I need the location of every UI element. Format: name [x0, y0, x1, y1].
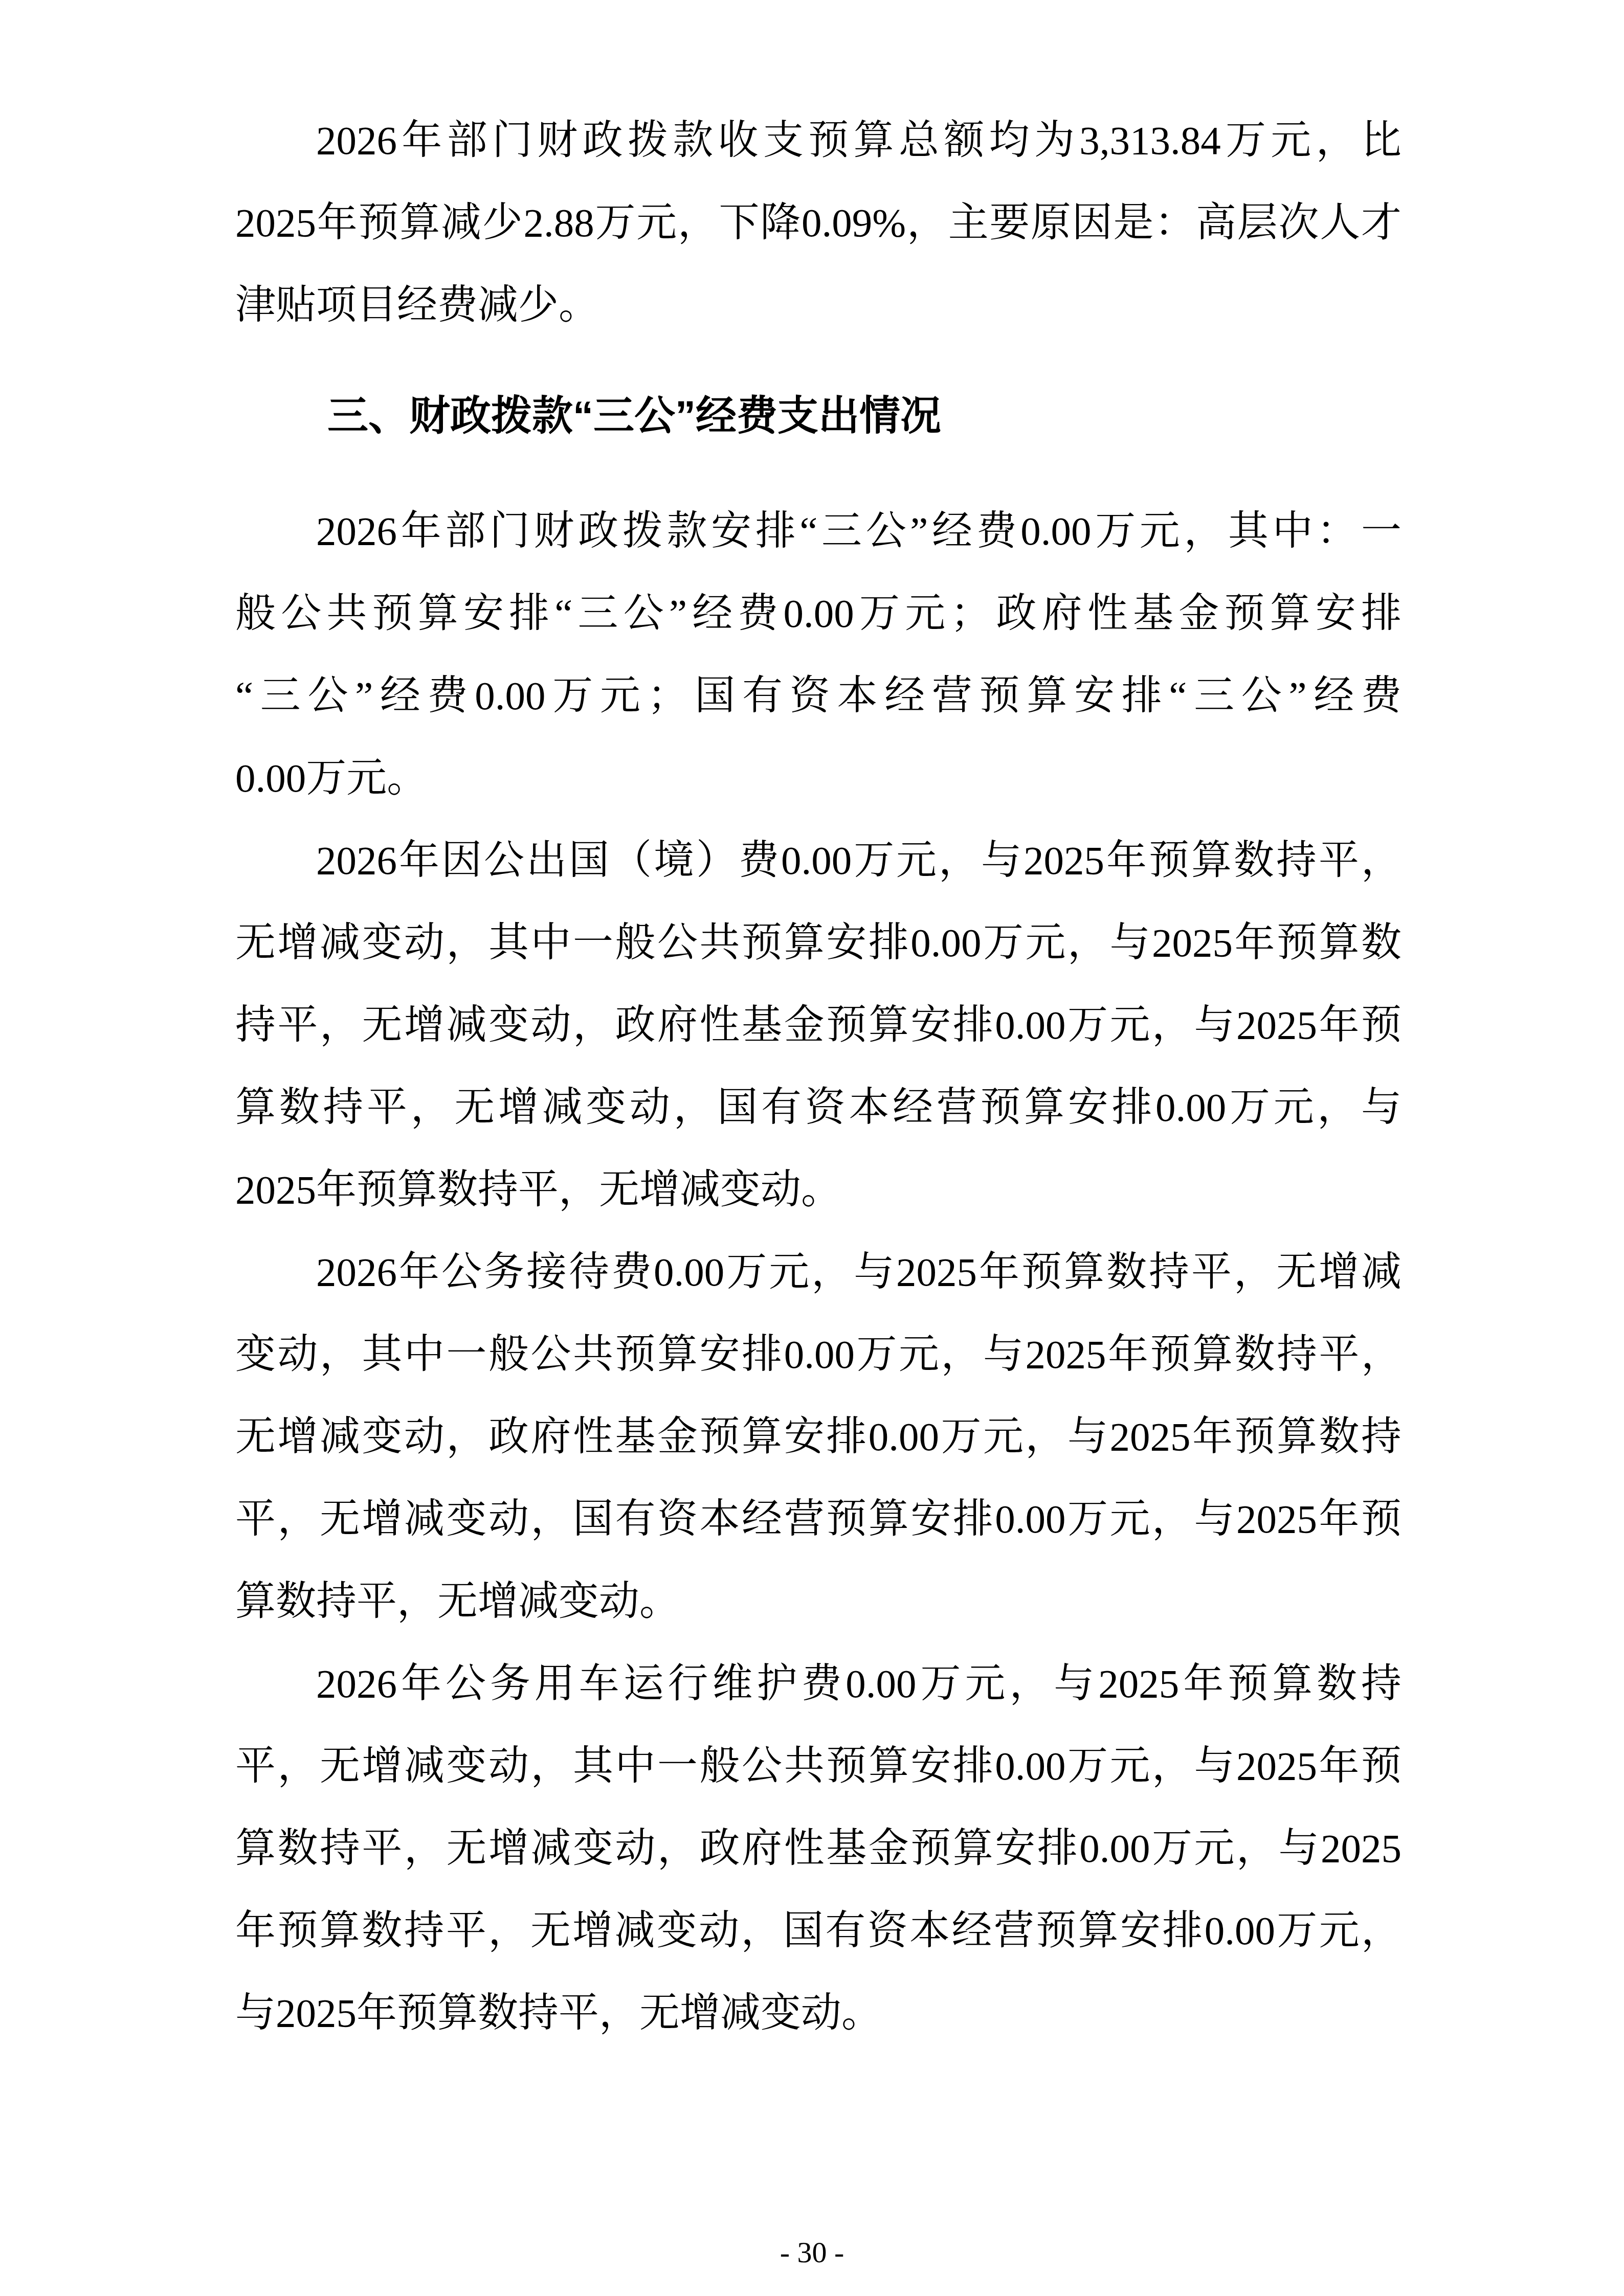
text-line: “三公”经费0.00万元；国有资本经营预算安排“三公”经费 — [235, 655, 1401, 737]
text-line: 平，无增减变动，其中一般公共预算安排0.00万元，与2025年预 — [235, 1725, 1401, 1808]
text-line: 津贴项目经费减少。 — [235, 264, 1401, 347]
text-line: 2026年部门财政拨款安排“三公”经费0.00万元，其中：一 — [235, 490, 1401, 573]
text-line: 2026年部门财政拨款收支预算总额均为3,313.84万元，比 — [235, 100, 1401, 182]
text-line: 2025年预算数持平，无增减变动。 — [235, 1149, 1401, 1231]
paragraph-sangong-expense-total: 2026年部门财政拨款安排“三公”经费0.00万元，其中：一 般公共预算安排“三… — [235, 490, 1401, 820]
text-line: 2025年预算减少2.88万元，下降0.09%，主要原因是：高层次人才 — [235, 182, 1401, 264]
text-line: 年预算数持平，无增减变动，国有资本经营预算安排0.00万元， — [235, 1890, 1401, 1972]
page-number: - 30 - — [780, 2236, 844, 2269]
document-page: { "document": { "heading": "三、财政拨款“三公”经费… — [0, 0, 1624, 2296]
text-line: 与2025年预算数持平，无增减变动。 — [235, 1972, 1401, 2055]
text-line: 般公共预算安排“三公”经费0.00万元；政府性基金预算安排 — [235, 573, 1401, 655]
paragraph-overseas-travel-fee: 2026年因公出国（境）费0.00万元，与2025年预算数持平， 无增减变动，其… — [235, 820, 1401, 1231]
paragraph-official-reception-fee: 2026年公务接待费0.00万元，与2025年预算数持平，无增减 变动，其中一般… — [235, 1231, 1401, 1643]
text-line: 持平，无增减变动，政府性基金预算安排0.00万元，与2025年预 — [235, 984, 1401, 1067]
text-line: 算数持平，无增减变动，国有资本经营预算安排0.00万元，与 — [235, 1067, 1401, 1149]
text-line: 2026年公务用车运行维护费0.00万元，与2025年预算数持 — [235, 1643, 1401, 1725]
paragraph-fiscal-appropriation-total: 2026年部门财政拨款收支预算总额均为3,313.84万元，比 2025年预算减… — [235, 100, 1401, 347]
text-line: 无增减变动，其中一般公共预算安排0.00万元，与2025年预算数 — [235, 902, 1401, 984]
text-line: 变动，其中一般公共预算安排0.00万元，与2025年预算数持平， — [235, 1314, 1401, 1396]
document-content: 2026年部门财政拨款收支预算总额均为3,313.84万元，比 2025年预算减… — [235, 100, 1401, 2055]
paragraph-official-vehicle-fee: 2026年公务用车运行维护费0.00万元，与2025年预算数持 平，无增减变动，… — [235, 1643, 1401, 2055]
text-line: 无增减变动，政府性基金预算安排0.00万元，与2025年预算数持 — [235, 1396, 1401, 1478]
text-line: 算数持平，无增减变动。 — [235, 1561, 1401, 1643]
text-line: 平，无增减变动，国有资本经营预算安排0.00万元，与2025年预 — [235, 1478, 1401, 1561]
page-footer: - 30 - — [0, 2235, 1624, 2270]
section-heading: 三、财政拨款“三公”经费支出情况 — [235, 374, 1401, 457]
text-line: 2026年因公出国（境）费0.00万元，与2025年预算数持平， — [235, 820, 1401, 902]
text-line: 0.00万元。 — [235, 737, 1401, 820]
text-line: 算数持平，无增减变动，政府性基金预算安排0.00万元，与2025 — [235, 1808, 1401, 1890]
text-line: 2026年公务接待费0.00万元，与2025年预算数持平，无增减 — [235, 1231, 1401, 1314]
